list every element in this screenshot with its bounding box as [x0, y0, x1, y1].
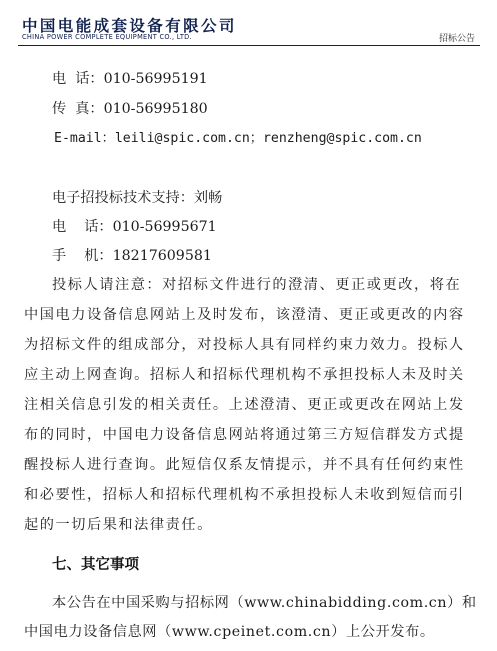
notice-line: 中国电力设备信息网站上及时发布，该澄清、更正或更改的内容	[24, 304, 465, 324]
contact-phone-label: 电 话：	[52, 71, 104, 87]
header-divider	[18, 45, 480, 46]
notice-line: 布的同时，中国电力设备信息网站将通过第三方短信群发方式提	[24, 424, 465, 444]
company-name-en: CHINA POWER COMPLETE EQUIPMENT CO., LTD.	[22, 33, 192, 41]
notice-line: 应主动上网查询。招标人和招标代理机构不承担投标人未及时关	[24, 364, 465, 384]
tech-support-phone-label: 电 话：	[52, 219, 113, 235]
tech-support-mobile: 手 机：18217609581	[52, 245, 212, 265]
tech-support-phone-value: 010-56995671	[113, 219, 217, 235]
notice-line: 和必要性，招标人和招标代理机构不承担投标人未收到短信而引	[24, 484, 465, 504]
tech-support-mobile-label: 手 机：	[52, 248, 113, 264]
contact-email-label: E-mail：	[54, 131, 115, 146]
section7-line: 中国电力设备信息网（www.cpeinet.com.cn）上公开发布。	[24, 621, 435, 641]
notice-line: 注相关信息引发的相关责任。上述澄清、更正或更改在网站上发	[24, 394, 465, 414]
contact-email: E-mail：leili@spic.com.cn；renzheng@spic.c…	[54, 127, 422, 146]
contact-email-value: leili@spic.com.cn；renzheng@spic.com.cn	[115, 131, 422, 146]
notice-line: 投标人请注意：对招标文件进行的澄清、更正或更改，将在	[52, 274, 461, 294]
contact-phone: 电 话：010-56995191	[52, 68, 208, 88]
tech-support-title: 电子招投标技术支持：刘畅	[52, 187, 222, 207]
section-heading-other-matters: 七、其它事项	[52, 553, 139, 574]
tech-support-mobile-value: 18217609581	[113, 248, 212, 264]
notice-line: 醒投标人进行查询。此短信仅系友情提示，并不具有任何约束性	[24, 454, 465, 474]
notice-line: 为招标文件的组成部分，对投标人具有同样约束力效力。投标人	[24, 334, 465, 354]
tech-support-phone: 电 话：010-56995671	[52, 216, 217, 236]
document-type-tag: 招标公告	[439, 31, 475, 44]
notice-line: 起的一切后果和法律责任。	[24, 514, 213, 534]
contact-fax: 传 真：010-56995180	[52, 98, 208, 118]
page-header: 中国电能成套设备有限公司 CHINA POWER COMPLETE EQUIPM…	[0, 0, 497, 46]
contact-fax-label: 传 真：	[52, 101, 104, 117]
section7-line: 本公告在中国采购与招标网（www.chinabidding.com.cn）和	[52, 592, 477, 612]
contact-phone-value: 010-56995191	[104, 71, 208, 87]
contact-fax-value: 010-56995180	[104, 101, 208, 117]
